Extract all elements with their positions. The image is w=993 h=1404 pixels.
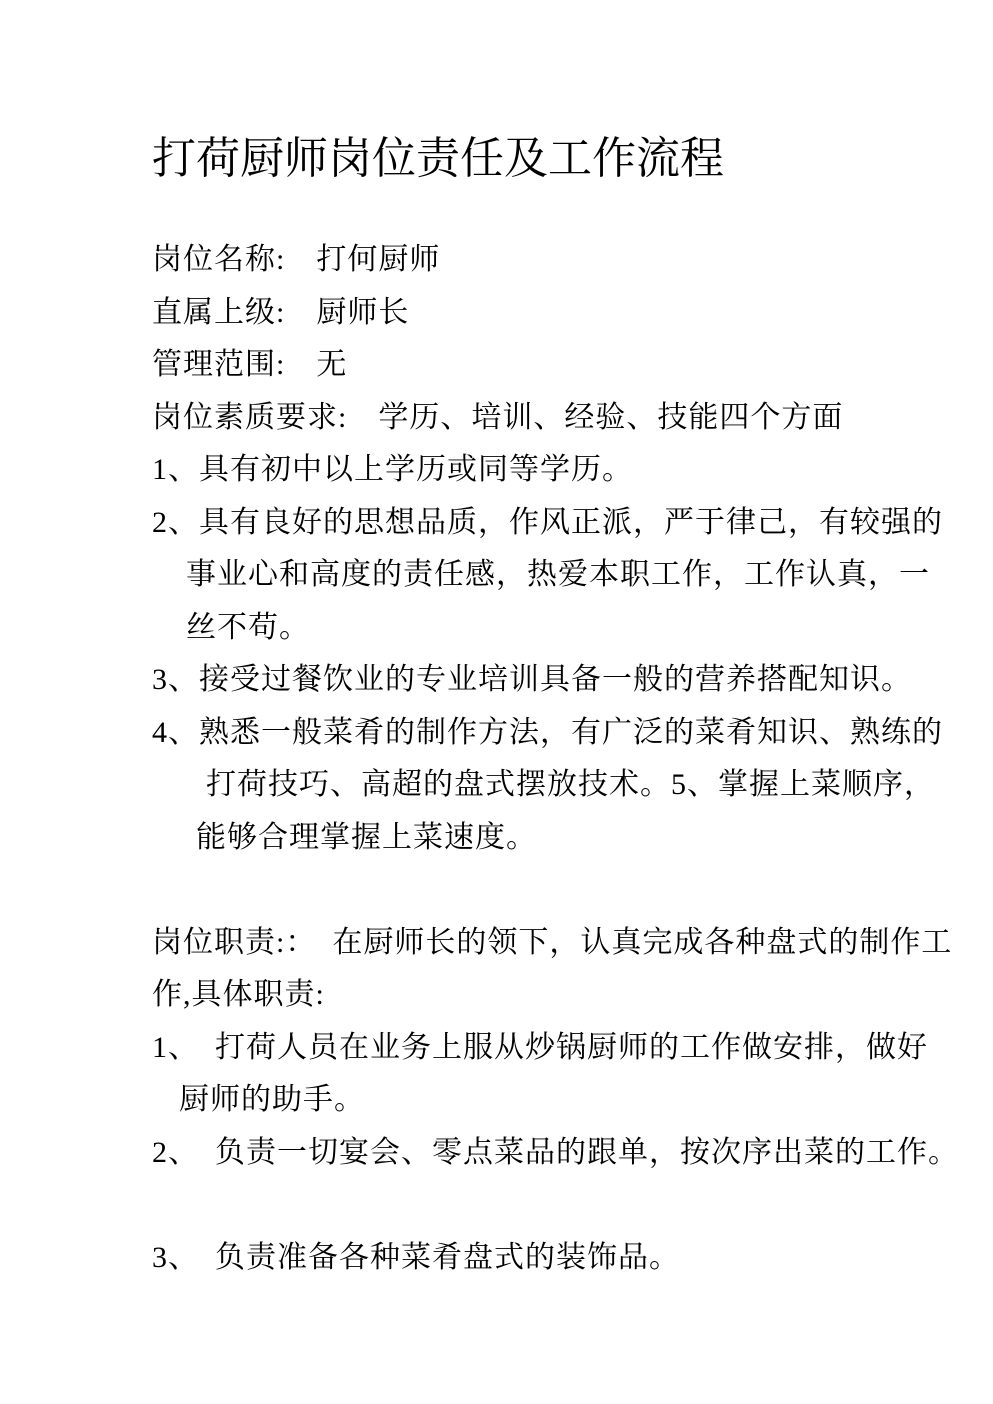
duties-intro: 岗位职责:： 在厨师长的领下，认真完成各种盘式的制作工 bbox=[152, 917, 893, 970]
requirement-item-3: 3、接受过餐饮业的专业培训具备一般的营养搭配知识。 bbox=[152, 654, 893, 707]
requirement-item-2-cont: 事业心和高度的责任感，热爱本职工作，工作认真，一 bbox=[152, 549, 893, 602]
duties-intro-cont: 作,具体职责: bbox=[152, 969, 893, 1022]
field-position-name: 岗位名称: 打何厨师 bbox=[152, 234, 893, 287]
duty-item-2: 2、 负责一切宴会、零点菜品的跟单，按次序出菜的工作。 bbox=[152, 1127, 893, 1180]
requirement-item-2-cont: 丝不苟。 bbox=[152, 602, 893, 655]
duty-item-1: 1、 打荷人员在业务上服从炒锅厨师的工作做安排，做好 bbox=[152, 1022, 893, 1075]
field-management-scope: 管理范围: 无 bbox=[152, 339, 893, 392]
requirement-item-5-cont: 能够合理掌握上菜速度。 bbox=[152, 812, 893, 865]
requirement-item-1: 1、具有初中以上学历或同等学历。 bbox=[152, 444, 893, 497]
requirement-item-4-cont: 打荷技巧、高超的盘式摆放技术。5、掌握上菜顺序， bbox=[152, 759, 893, 812]
requirement-item-2: 2、具有良好的思想品质，作风正派，严于律己，有较强的 bbox=[152, 497, 893, 550]
document-title: 打荷厨师岗位责任及工作流程 bbox=[152, 128, 893, 190]
field-quality-requirements: 岗位素质要求: 学历、培训、经验、技能四个方面 bbox=[152, 392, 893, 445]
blank-line bbox=[152, 1179, 893, 1232]
duty-item-3: 3、 负责准备各种菜肴盘式的装饰品。 bbox=[152, 1232, 893, 1285]
requirement-item-4: 4、熟悉一般菜肴的制作方法，有广泛的菜肴知识、熟练的 bbox=[152, 707, 893, 760]
field-direct-superior: 直属上级: 厨师长 bbox=[152, 287, 893, 340]
blank-line bbox=[152, 864, 893, 917]
duty-item-1-cont: 厨师的助手。 bbox=[152, 1074, 893, 1127]
document-page: 打荷厨师岗位责任及工作流程 岗位名称: 打何厨师 直属上级: 厨师长 管理范围:… bbox=[0, 0, 993, 1404]
